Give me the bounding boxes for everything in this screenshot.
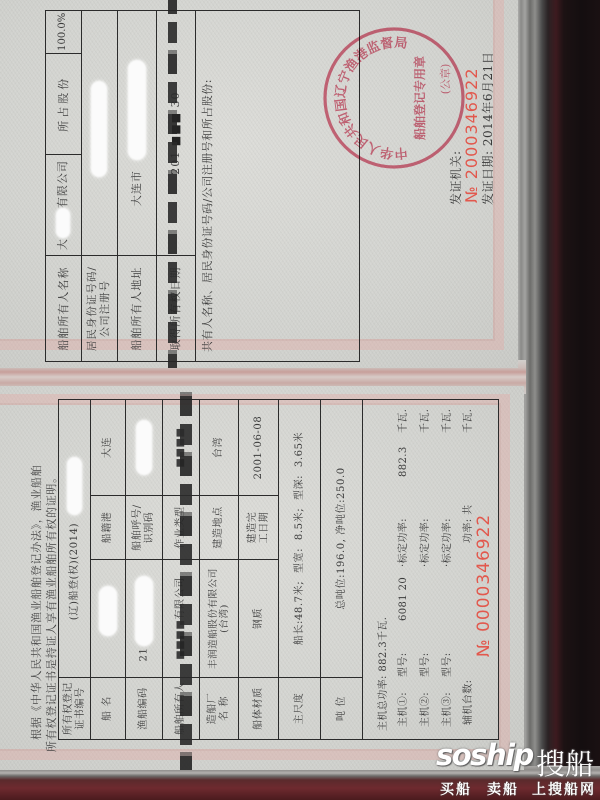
engine-1-rated-label: ·标定功率:: [398, 518, 410, 567]
build-place-value: 台湾: [200, 399, 239, 495]
table-row: 造船厂 名 称 丰润造船股份有限公司 (台湾) 建造地点 台湾: [200, 399, 239, 739]
issue-date-value: 2014年6月21日: [481, 52, 495, 146]
vessel-code-value: 21: [126, 560, 163, 678]
watermark-tagline-buy: 买船: [440, 779, 472, 799]
engine-3-model-label: 型号:: [442, 652, 454, 677]
dimensions-label: 主尺度: [279, 678, 321, 740]
table-row: 船舶所有人名称 大有限公司 所占股份 100.0%: [46, 11, 81, 361]
label-line: 名 称: [219, 678, 231, 739]
engine-1-unit: 千瓦.: [398, 409, 410, 433]
label-line: 所有权登记: [63, 678, 75, 739]
share-value: 100.0%: [46, 11, 81, 53]
owner-address-value: 大连市: [117, 11, 156, 256]
label-line: 造船厂: [207, 678, 219, 739]
preamble-line-1: 根据《中华人民共和国渔业船舶登记办法》，渔业船舶: [28, 465, 44, 740]
table-row: 船舶所有人地址 大连市: [117, 11, 156, 361]
seal-sub-text: (公章): [438, 64, 452, 95]
table-row: 所有权登记 证书编号 (辽)船登(权)(2014): [59, 399, 91, 739]
owner-name-prefix: 大: [56, 238, 69, 250]
engine-3-rated-label: ·标定功率:: [442, 518, 454, 567]
watermark-tagline-site: 上搜船网: [532, 779, 596, 799]
total-engine-power: 主机总功率: 882.3千瓦.: [378, 617, 390, 731]
vessel-table: 所有权登记 证书编号 (辽)船登(权)(2014) 船 名 船籍港 大连 渔船编…: [58, 399, 499, 740]
redaction-blob: [67, 457, 82, 515]
owner-address-label: 船舶所有人地址: [117, 256, 156, 361]
cert-number-label: 所有权登记 证书编号: [59, 678, 91, 740]
redaction-blob: [91, 81, 107, 177]
home-port-value: 大连: [91, 399, 126, 495]
redaction-blob: [99, 587, 117, 637]
id-number-value: [81, 11, 117, 256]
cert-number-value: (辽)船登(权)(2014): [59, 399, 91, 677]
vessel-name-label: 船 名: [91, 678, 126, 740]
value-line: 丰润造船股份有限公司: [208, 560, 219, 677]
owner-name-suffix: 有限公司: [56, 160, 69, 208]
engine-1-model-label: 型号:: [398, 652, 410, 677]
certificate-upper-page: 船舶所有人名称 大有限公司 所占股份 100.0% 居民身份证号码/ 公司注册号…: [0, 0, 518, 368]
engine-3-unit: 千瓦.: [442, 409, 454, 433]
owner-name-label: 船舶所有人名称: [46, 256, 81, 361]
table-row: 吨 位 总吨位:196.0, 净吨位:250.0: [321, 399, 363, 739]
engine-2-model-label: 型号:: [420, 652, 432, 677]
redaction-marker: [180, 386, 192, 770]
shipyard-value: 丰润造船股份有限公司 (台湾): [200, 560, 239, 678]
hull-material-value: 钢质: [239, 560, 279, 678]
table-row: 船 名 船籍港 大连: [91, 399, 126, 739]
label-line: 工日期: [259, 496, 271, 559]
hull-material-label: 船体材质: [239, 678, 279, 740]
completion-date-value: 2001-06-08: [239, 399, 279, 495]
call-sign-value: [126, 399, 163, 495]
engine-3-label: 主机③:: [442, 692, 454, 727]
cert-number-text: (辽)船登(权)(2014): [69, 523, 80, 620]
home-port-label: 船籍港: [91, 496, 126, 560]
engine-2-unit: 千瓦.: [420, 409, 432, 433]
engine-1-model: 6081 20: [398, 577, 410, 621]
label-line: 公司注册号: [99, 256, 112, 361]
table-row: 居民身份证号码/ 公司注册号: [81, 11, 117, 361]
call-sign-label: 船舶呼号/ 识别码: [126, 496, 163, 560]
preamble-line-2: 所有权登记证书是持证人享有渔业船舶所有权的证明。: [43, 471, 59, 752]
soship-watermark-cn: 搜船: [536, 742, 594, 783]
label-line: 识别码: [144, 496, 156, 559]
aux-power-unit: 千瓦.: [463, 409, 475, 433]
seal-center-text: 船舶登记专用章: [412, 56, 427, 141]
table-row: 渔船编码 21 船舶呼号/ 识别码: [126, 399, 163, 739]
soship-watermark-logo: soship: [436, 738, 533, 772]
vessel-name-value: [91, 560, 126, 678]
value-line: (台湾): [219, 560, 230, 677]
dimensions-value: 船长:48.7米; 型宽: 8.5米; 型深: 3.65米: [279, 399, 321, 677]
label-line: 建造完: [247, 496, 259, 559]
engine-2-label: 主机②:: [420, 692, 432, 727]
build-place-label: 建造地点: [200, 496, 239, 560]
redaction-blob: [135, 576, 153, 646]
engine-2-rated-label: ·标定功率:: [420, 518, 432, 567]
table-row: 船体材质 钢质 建造完 工日期 2001-06-08: [239, 399, 279, 739]
redaction-blob: [56, 208, 70, 238]
watermark-tagline-sell: 卖船: [487, 779, 519, 799]
tonnage-value: 总吨位:196.0, 净吨位:250.0: [321, 399, 363, 677]
tonnage-label: 吨 位: [321, 678, 363, 740]
redaction-blob: [136, 420, 152, 475]
aux-engine-label: 辅机台数:: [463, 680, 475, 725]
owner-address-text: 大连市: [130, 170, 143, 206]
owner-info-box: 船舶所有人名称 大有限公司 所占股份 100.0% 居民身份证号码/ 公司注册号…: [45, 10, 360, 362]
booklet-binder-edge: [512, 0, 600, 800]
redaction-marker: [168, 0, 177, 368]
vessel-code-label: 渔船编码: [126, 678, 163, 740]
completion-date-label: 建造完 工日期: [239, 496, 279, 560]
engine-1-label: 主机①:: [398, 692, 410, 727]
certificate-lower-page: 根据《中华人民共和国渔业船舶登记办法》，渔业船舶 所有权登记证书是持证人享有渔业…: [0, 386, 524, 770]
lower-serial-number: № 0000346922: [474, 514, 494, 657]
issue-date: 发证日期: 2014年6月21日: [479, 52, 496, 205]
redaction-blob: [128, 60, 146, 160]
seal-ring-text: 中华人民共和国辽宁渔港监督局: [333, 35, 409, 162]
official-seal-stamp: 中华人民共和国辽宁渔港监督局 船舶登记专用章 (公章): [318, 23, 468, 173]
table-row: 主尺度 船长:48.7米; 型宽: 8.5米; 型深: 3.65米: [279, 399, 321, 739]
engine-1-rated: 882.3: [398, 446, 410, 477]
vessel-code-text: 21: [139, 648, 150, 662]
label-line: 居民身份证号码/: [86, 256, 99, 361]
label-line: 证书编号: [75, 678, 87, 739]
shipyard-label: 造船厂 名 称: [200, 678, 239, 740]
owner-name-value: 大有限公司: [46, 154, 81, 255]
issue-date-label: 发证日期:: [481, 150, 495, 205]
share-label: 所占股份: [46, 53, 81, 154]
label-line: 船舶呼号/: [132, 496, 144, 559]
id-number-label: 居民身份证号码/ 公司注册号: [81, 256, 117, 361]
co-owner-label: 共有人名称、居民身份证号码/公司注册号和所占股份:: [199, 79, 215, 352]
